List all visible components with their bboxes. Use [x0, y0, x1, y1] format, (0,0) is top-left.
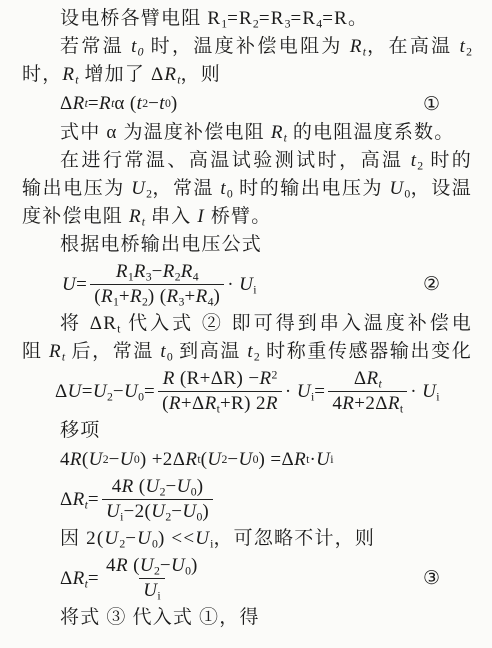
fraction: 4R (U2−U0)Ui−2(U2−U0)	[102, 475, 213, 524]
fraction-numerator: R (R+ΔR) −R2	[159, 367, 282, 391]
equation-delta-u-tail: · Ui	[410, 378, 439, 406]
fraction-numerator: 4R (U2−U0)	[102, 554, 202, 578]
line-substitute-eq2: 将 ΔRt 代入式 ② 即可得到串入温度补偿电	[22, 310, 472, 338]
equation-delta-rt-lhs: ΔRt=	[60, 486, 99, 514]
equation-2-number: ②	[423, 273, 440, 296]
fraction: ΔRt4R+2ΔRt	[328, 367, 407, 416]
equation-1-number: ①	[423, 93, 440, 116]
equation-rearranged: 4R (U2−U0) +2ΔRt(U2−U0) =ΔRt · Ui	[22, 446, 472, 474]
line-bridge-arm-series: 度补偿电阻 Rt 串入 I 桥臂。	[22, 203, 472, 231]
line-output-voltages: 输出电压为 U2，常温 t0 时的输出电压为 U0，设温	[22, 175, 472, 203]
line-test-conditions: 在进行常温、高温试验测试时，高温 t2 时的	[22, 147, 472, 175]
equation-3-lhs: ΔRt=	[60, 565, 99, 593]
fraction: 4R (U2−U0)Ui	[102, 554, 202, 603]
line-substitute-eq3-into-eq1: 将式 ③ 代入式 ①，得	[22, 604, 472, 632]
equation-3-body: ΔRt=4R (U2−U0)Ui	[60, 554, 205, 603]
equation-delta-u-lhs: ΔU=U2−U0=	[55, 378, 155, 406]
fraction-numerator: ΔRt	[350, 367, 386, 391]
fraction-denominator: Ui−2(U2−U0)	[102, 499, 213, 524]
fraction-denominator: 4R+2ΔRt	[328, 391, 407, 416]
equation-1: ΔRt=Rt α (t2−t0) ①	[22, 90, 472, 118]
equation-delta-u-body: ΔU=U2−U0=R (R+ΔR) −R2(R+ΔRt+R) 2R · Ui=Δ…	[55, 367, 440, 416]
equation-3-number: ③	[423, 567, 440, 590]
equation-delta-rt-body: ΔRt=4R (U2−U0)Ui−2(U2−U0)	[60, 475, 216, 524]
equation-2-body: U=R1R3−R2R4(R1+R2) (R3+R4) · Ui	[62, 260, 257, 309]
fraction: R (R+ΔR) −R2(R+ΔRt+R) 2R	[158, 367, 282, 416]
equation-2-lhs: U=	[62, 271, 87, 299]
equation-delta-rt: ΔRt=4R (U2−U0)Ui−2(U2−U0)	[22, 475, 472, 524]
fraction-denominator: (R+ΔRt+R) 2R	[158, 391, 282, 416]
line-bridge-arm-resistances: 设电桥各臂电阻 R1=R2=R3=R4=R。	[22, 5, 472, 33]
fraction-numerator: R1R3−R2R4	[112, 260, 203, 284]
fraction-denominator: Ui	[139, 578, 164, 603]
line-negligible-condition: 因 2(U2−U0) <<Ui，可忽略不计，则	[22, 525, 472, 553]
equation-3: ΔRt=4R (U2−U0)Ui ③	[22, 554, 472, 603]
equation-delta-u-mid: · Ui=	[285, 378, 325, 406]
line-rearrange: 移项	[22, 417, 472, 445]
fraction: R1R3−R2R4(R1+R2) (R3+R4)	[90, 260, 224, 309]
equation-2-tail: · Ui	[227, 271, 256, 299]
equation-delta-u: ΔU=U2−U0=R (R+ΔR) −R2(R+ΔRt+R) 2R · Ui=Δ…	[22, 367, 472, 416]
line-alpha-definition: 式中 α 为温度补偿电阻 Rt 的电阻温度系数。	[22, 119, 472, 147]
equation-2: U=R1R3−R2R4(R1+R2) (R3+R4) · Ui ②	[22, 260, 472, 309]
equation-rearranged-body: 4R (U2−U0) +2ΔRt(U2−U0) =ΔRt · Ui	[60, 446, 334, 474]
document-page: 设电桥各臂电阻 R1=R2=R3=R4=R。 若常温 t0 时，温度补偿电阻为 …	[0, 0, 492, 648]
line-normal-temp-intro: 若常温 t0 时，温度补偿电阻为 Rt，在高温 t2	[22, 33, 472, 61]
fraction-denominator: (R1+R2) (R3+R4)	[90, 284, 224, 309]
line-rt-increase: 时，Rt 增加了 ΔRt，则	[22, 61, 472, 89]
line-bridge-formula-intro: 根据电桥输出电压公式	[22, 231, 472, 259]
fraction-numerator: 4R (U2−U0)	[108, 475, 208, 499]
equation-1-body: ΔRt=Rt α (t2−t0)	[60, 90, 178, 118]
line-sensor-output-change: 阻 Rt 后，常温 t0 到高温 t2 时称重传感器输出变化	[22, 338, 472, 366]
